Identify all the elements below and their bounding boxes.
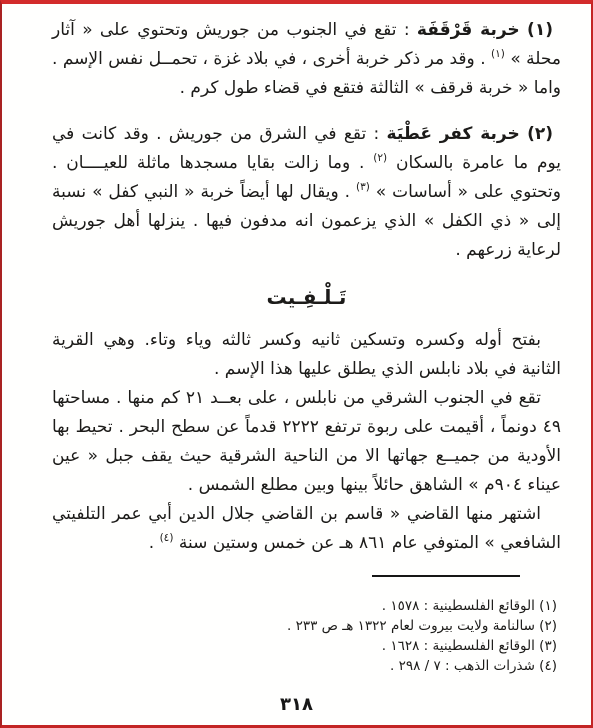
scanned-book-page: (١) خربة قَرْقَفَة : تقع في الجنوب من جو… bbox=[0, 0, 593, 728]
paragraph-etymology: بفتح أوله وكسره وتسكين ثانيه وكسر ثالثه … bbox=[52, 326, 561, 384]
entry-marker: (٢) bbox=[527, 124, 553, 144]
footnote-item-3: (٣) الوقائع الفلسطينية : ١٦٢٨ . bbox=[2, 636, 557, 656]
entry-body: تقع في الشرق من جوريش . وقد كانت في يوم … bbox=[52, 124, 561, 260]
entry-khirbet-kafr-atiya: (٢) خربة كفر عَطْيَة : تقع في الشرق من ج… bbox=[52, 120, 561, 265]
entry-term: خربة كفر عَطْيَة bbox=[387, 124, 520, 144]
entry-khirbet-qarqafa: (١) خربة قَرْقَفَة : تقع في الجنوب من جو… bbox=[52, 16, 561, 103]
section-title-talfit: تَـلْـفِـيت bbox=[52, 282, 561, 312]
entry-separator: : bbox=[397, 20, 417, 40]
entry-separator: : bbox=[366, 124, 386, 144]
paragraph-location: تقع في الجنوب الشرقي من نابلس ، على بعــ… bbox=[52, 384, 561, 500]
page-number: ٣١٨ bbox=[2, 694, 591, 715]
footnote-item-4: (٤) شذرات الذهب : ٧ / ٢٩٨ . bbox=[2, 656, 557, 676]
footnotes-block: (١) الوقائع الفلسطينية : ١٥٧٨ . (٢) سالن… bbox=[2, 596, 591, 676]
entry-term: خربة قَرْقَفَة bbox=[417, 20, 520, 40]
footnote-item-1: (١) الوقائع الفلسطينية : ١٥٧٨ . bbox=[2, 596, 557, 616]
paragraph-notable-person: اشتهر منها القاضي « قاسم بن القاضي جلال … bbox=[52, 500, 561, 558]
entry-marker: (١) bbox=[527, 20, 553, 40]
footnote-item-2: (٢) سالنامة ولايت بيروت لعام ١٣٢٢ هـ ص ٢… bbox=[2, 616, 557, 636]
footnote-separator-rule bbox=[372, 575, 520, 577]
